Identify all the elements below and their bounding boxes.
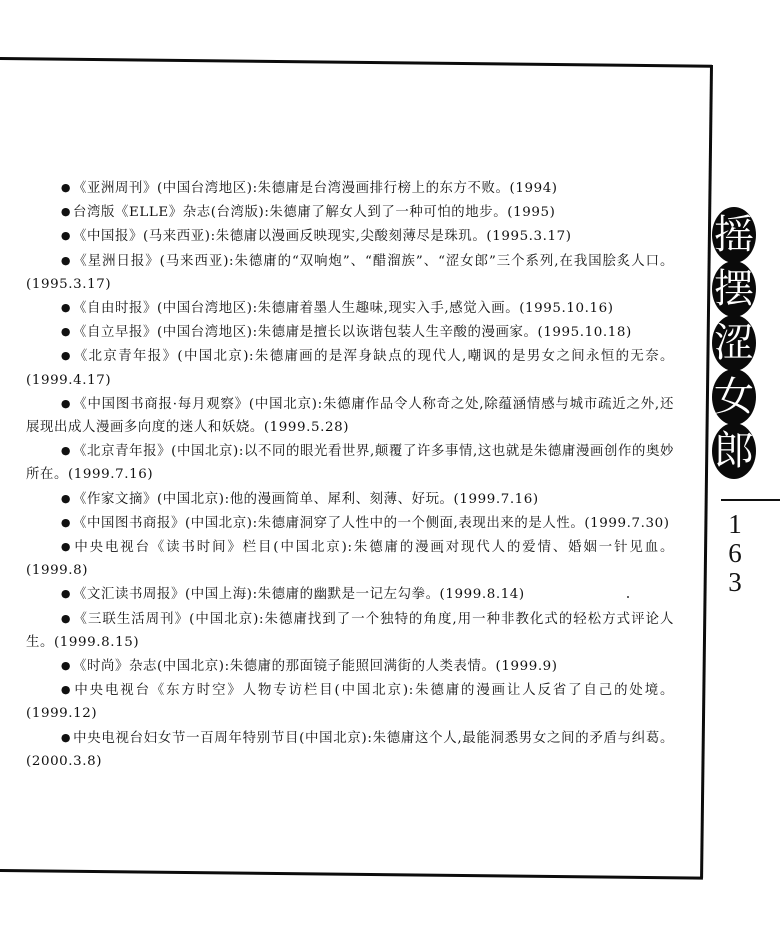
press-quote: ●《星洲日报》(马来西亚):朱德庸的“双响炮”、“醋溜族”、“涩女郎”三个系列,… (26, 249, 674, 296)
press-quote: ●《自由时报》(中国台湾地区):朱德庸着墨人生趣味,现实入手,感觉入画。(199… (26, 296, 674, 320)
page-number: 1 6 3 (720, 510, 750, 597)
bullet-icon: ● (61, 249, 71, 272)
bullet-icon: ● (61, 487, 71, 510)
press-quote-text: 中央电视台《东方时空》人物专访栏目(中国北京):朱德庸的漫画让人反省了自己的处境… (26, 683, 674, 721)
press-quote: ●中央电视台《东方时空》人物专访栏目(中国北京):朱德庸的漫画让人反省了自己的处… (26, 678, 674, 725)
bullet-icon: ● (61, 392, 71, 415)
press-quote-text: 《中国图书商报·每月观察》(中国北京):朱德庸作品令人称奇之处,除蕴涵情感与城市… (26, 397, 674, 435)
press-quote-text: 《星洲日报》(马来西亚):朱德庸的“双响炮”、“醋溜族”、“涩女郎”三个系列,在… (26, 254, 674, 292)
press-quote-text: 《自立早报》(中国台湾地区):朱德庸是擅长以诙谐包装人生辛酸的漫画家。(1995… (73, 325, 632, 340)
running-title-char: 摇 (712, 207, 756, 263)
bullet-icon: ● (61, 654, 71, 677)
press-quote: ●《北京青年报》(中国北京):朱德庸画的是浑身缺点的现代人,嘲讽的是男女之间永恒… (26, 344, 674, 391)
press-quote: ●中央电视台妇女节一百周年特别节目(中国北京):朱德庸这个人,最能洞悉男女之间的… (26, 726, 674, 773)
bullet-icon: ● (61, 726, 71, 749)
running-title-char: 郎 (712, 423, 756, 479)
press-quote-text: 《自由时报》(中国台湾地区):朱德庸着墨人生趣味,现实入手,感觉入画。(1995… (73, 301, 614, 316)
bullet-icon: ● (61, 607, 71, 630)
press-quote-text: 中央电视台妇女节一百周年特别节目(中国北京):朱德庸这个人,最能洞悉男女之间的矛… (26, 731, 674, 769)
frame-top-border (0, 57, 712, 68)
page-number-rule (721, 499, 780, 501)
press-quote-text: 《北京青年报》(中国北京):以不同的眼光看世界,颠覆了许多事情,这也就是朱德庸漫… (26, 444, 674, 482)
press-quote: ●《文汇读书周报》(中国上海):朱德庸的幽默是一记左勾拳。(1999.8.14) (26, 582, 674, 606)
bullet-icon: ● (61, 582, 71, 605)
press-quote-text: 《中国图书商报》(中国北京):朱德庸洞穿了人性中的一个侧面,表现出来的是人性。(… (73, 516, 669, 531)
press-quote: ●《亚洲周刊》(中国台湾地区):朱德庸是台湾漫画排行榜上的东方不败。(1994) (26, 176, 674, 200)
bullet-icon: ● (61, 320, 71, 343)
press-quote: ●《时尚》杂志(中国北京):朱德庸的那面镜子能照回满街的人类表情。(1999.9… (26, 654, 674, 678)
bullet-icon: ● (61, 439, 71, 462)
bullet-icon: ● (61, 296, 71, 319)
page-number-digit: 3 (720, 568, 750, 597)
bullet-icon: ● (61, 176, 71, 199)
press-quote: ●台湾版《ELLE》杂志(台湾版):朱德庸了解女人到了一种可怕的地步。(1995… (26, 200, 674, 224)
press-quotes-list: ●《亚洲周刊》(中国台湾地区):朱德庸是台湾漫画排行榜上的东方不败。(1994)… (26, 176, 674, 773)
bullet-icon: ● (61, 344, 71, 367)
scan-speck (441, 551, 443, 553)
press-quote-text: 《三联生活周刊》(中国北京):朱德庸找到了一个独特的角度,用一种非教化式的轻松方… (26, 612, 674, 650)
page-number-digit: 1 (720, 510, 750, 539)
press-quote-text: 《作家文摘》(中国北京):他的漫画简单、犀利、刻薄、好玩。(1999.7.16) (73, 492, 539, 507)
press-quote: ●中央电视台《读书时间》栏目(中国北京):朱德庸的漫画对现代人的爱情、婚姻一针见… (26, 535, 674, 582)
running-title-char: 女 (712, 369, 756, 425)
page-number-digit: 6 (720, 539, 750, 568)
press-quote-text: 台湾版《ELLE》杂志(台湾版):朱德庸了解女人到了一种可怕的地步。(1995) (73, 205, 555, 220)
press-quote: ●《中国图书商报·每月观察》(中国北京):朱德庸作品令人称奇之处,除蕴涵情感与城… (26, 392, 674, 439)
press-quote: ●《北京青年报》(中国北京):以不同的眼光看世界,颠覆了许多事情,这也就是朱德庸… (26, 439, 674, 486)
bullet-icon: ● (61, 200, 71, 223)
press-quote-text: 《北京青年报》(中国北京):朱德庸画的是浑身缺点的现代人,嘲讽的是男女之间永恒的… (26, 349, 674, 387)
press-quote: ●《自立早报》(中国台湾地区):朱德庸是擅长以诙谐包装人生辛酸的漫画家。(199… (26, 320, 674, 344)
press-quote: ●《中国报》(马来西亚):朱德庸以漫画反映现实,尖酸刻薄尽是珠玑。(1995.3… (26, 224, 674, 248)
bullet-icon: ● (61, 678, 71, 701)
press-quote-text: 中央电视台《读书时间》栏目(中国北京):朱德庸的漫画对现代人的爱情、婚姻一针见血… (26, 540, 674, 578)
scan-speck (627, 596, 629, 598)
bullet-icon: ● (61, 511, 71, 534)
press-quote: ●《中国图书商报》(中国北京):朱德庸洞穿了人性中的一个侧面,表现出来的是人性。… (26, 511, 674, 535)
running-title-char: 涩 (712, 315, 756, 371)
running-title: 摇 摆 涩 女 郎 (711, 207, 775, 477)
press-quote-text: 《时尚》杂志(中国北京):朱德庸的那面镜子能照回满街的人类表情。(1999.9) (73, 659, 558, 674)
bullet-icon: ● (61, 224, 71, 247)
running-title-char: 摆 (712, 261, 756, 317)
press-quote: ●《三联生活周刊》(中国北京):朱德庸找到了一个独特的角度,用一种非教化式的轻松… (26, 607, 674, 654)
press-quote-text: 《文汇读书周报》(中国上海):朱德庸的幽默是一记左勾拳。(1999.8.14) (73, 587, 525, 602)
frame-bottom-border (0, 869, 703, 880)
bullet-icon: ● (61, 535, 71, 558)
press-quote-text: 《中国报》(马来西亚):朱德庸以漫画反映现实,尖酸刻薄尽是珠玑。(1995.3.… (73, 229, 572, 244)
press-quote: ●《作家文摘》(中国北京):他的漫画简单、犀利、刻薄、好玩。(1999.7.16… (26, 487, 674, 511)
press-quote-text: 《亚洲周刊》(中国台湾地区):朱德庸是台湾漫画排行榜上的东方不败。(1994) (73, 181, 558, 196)
